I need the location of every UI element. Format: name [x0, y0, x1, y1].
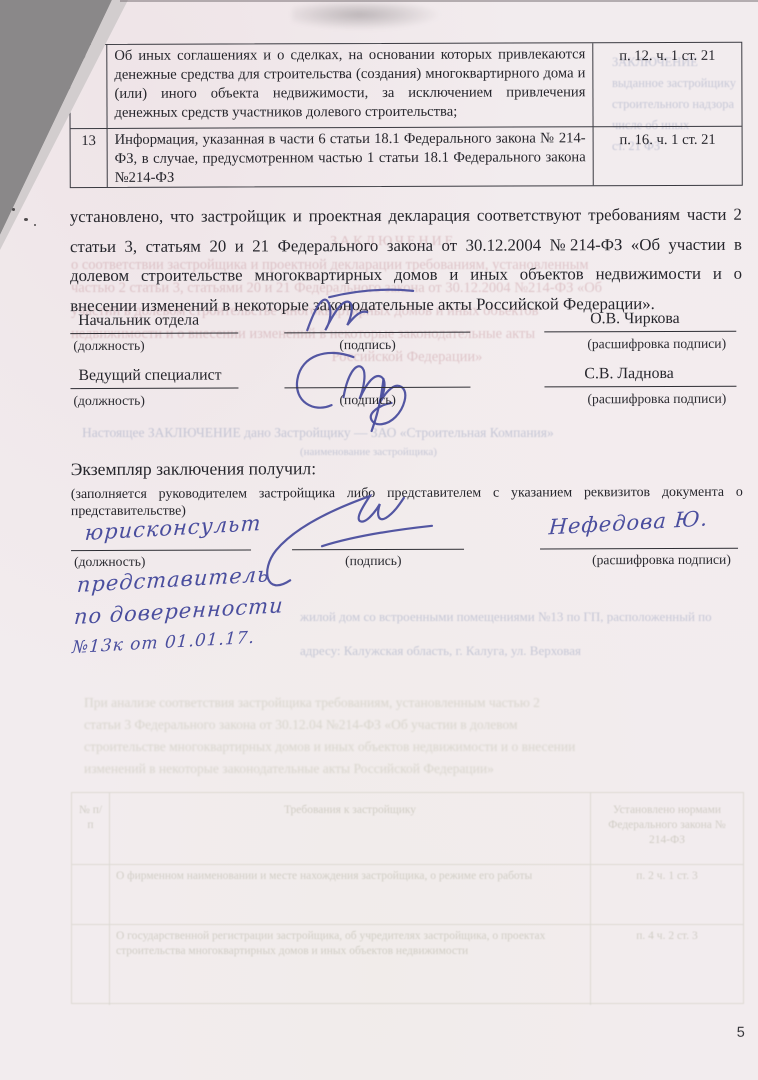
smudge-mark — [292, 2, 442, 30]
signature-caption: (подпись) — [339, 392, 395, 408]
signature-icon — [299, 288, 419, 338]
table-cell-text: Об иных соглашениях и о сделках, на осно… — [107, 43, 593, 129]
ink-speck — [24, 218, 28, 221]
name-text: О.В. Чиркова — [544, 310, 736, 329]
table-cell-norm: п. 16. ч. 1 ст. 21 — [594, 127, 742, 186]
requirements-table: 12 Об иных соглашениях и о сделках, на о… — [69, 42, 742, 188]
table-cell-norm: п. 12. ч. 1 ст. 21 — [593, 43, 741, 128]
page-number: 5 — [737, 1025, 745, 1041]
signature-icon — [287, 345, 457, 434]
handwritten-note-line: №13к от 01.01.17. — [71, 628, 255, 658]
handwritten-note-line: по доверенности — [73, 593, 284, 629]
position-caption: (должность) — [73, 393, 144, 409]
copy-received-heading: Экземпляр заключения получил: — [71, 458, 316, 480]
position-underline: Начальник отдела — [70, 311, 238, 334]
name-caption: (расшифровка подписи) — [587, 391, 726, 407]
name-underline — [540, 548, 738, 550]
name-caption: (расшифровка подписи) — [592, 552, 731, 568]
position-underline: Ведущий специалист — [70, 366, 238, 389]
name-underline: О.В. Чиркова — [544, 310, 736, 333]
position-text: Начальник отдела — [70, 311, 238, 330]
name-caption: (расшифровка подписи) — [587, 336, 726, 352]
table-cell-number: 13 — [71, 129, 108, 187]
position-underline — [71, 549, 251, 551]
name-text: С.В. Ладнова — [544, 365, 736, 384]
name-underline: С.В. Ладнова — [544, 365, 736, 388]
signature-icon — [262, 486, 462, 597]
table-cell-text: Информация, указанная в части 6 статьи 1… — [108, 127, 594, 187]
scanned-page: ЗАКЛЮЧЕНИЕ выданное застройщику строител… — [0, 0, 758, 1080]
position-text: Ведущий специалист — [70, 366, 238, 385]
position-caption: (должность) — [74, 554, 145, 570]
signature-caption: (подпись) — [345, 553, 401, 569]
document-content: 12 Об иных соглашениях и о сделках, на о… — [0, 0, 758, 1080]
ink-speck — [12, 208, 15, 211]
position-caption: (должность) — [73, 338, 144, 354]
ink-speck — [34, 224, 36, 226]
scan-top-edge-line — [120, 0, 758, 2]
